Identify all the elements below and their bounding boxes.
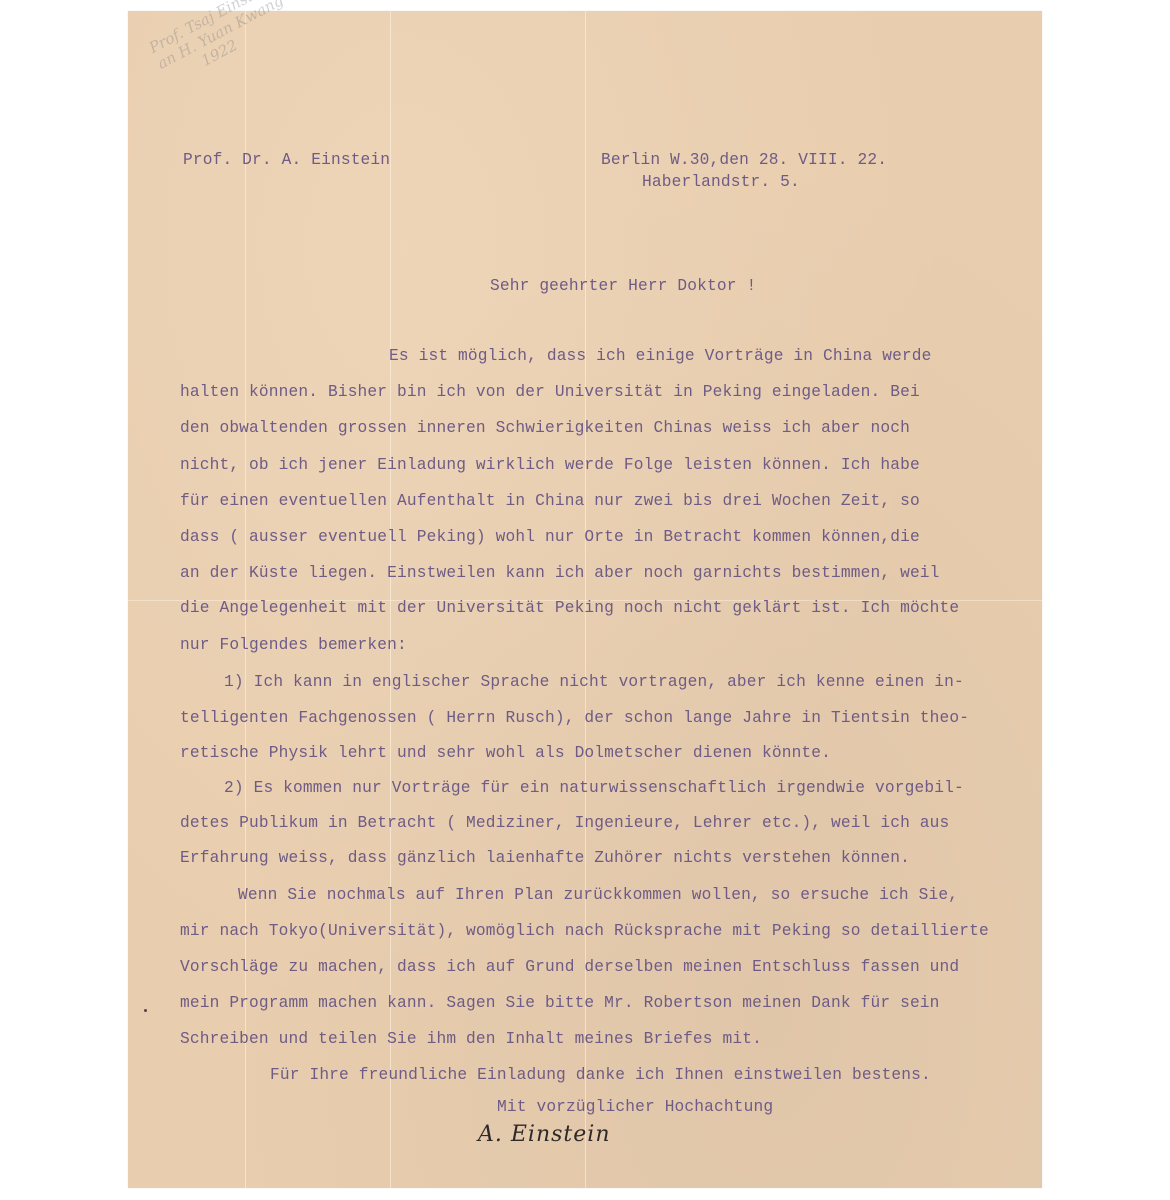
body-line: dass ( ausser eventuell Peking) wohl nur… — [180, 527, 920, 547]
pencil-annotation: Prof. Tsaj Einstein an H. Yuan Kwang 192… — [146, 0, 334, 112]
body-line: die Angelegenheit mit der Universität Pe… — [180, 598, 959, 618]
body-line: 1) Ich kann in englischer Sprache nicht … — [224, 672, 964, 692]
place-date: Berlin W.30,den 28. VIII. 22. — [601, 150, 887, 170]
body-line: halten können. Bisher bin ich von der Un… — [180, 382, 920, 402]
body-line: Erfahrung weiss, dass gänzlich laienhaft… — [180, 848, 910, 868]
body-line: Vorschläge zu machen, dass ich auf Grund… — [180, 957, 959, 977]
body-line: an der Küste liegen. Einstweilen kann ic… — [180, 563, 940, 583]
body-line: 2) Es kommen nur Vorträge für ein naturw… — [224, 778, 964, 798]
body-line: Für Ihre freundliche Einladung danke ich… — [270, 1065, 931, 1085]
body-line: Wenn Sie nochmals auf Ihren Plan zurückk… — [238, 885, 958, 905]
body-line: mir nach Tokyo(Universität), womöglich n… — [180, 921, 989, 941]
body-line: für einen eventuellen Aufenthalt in Chin… — [180, 491, 920, 511]
body-line: nur Folgendes bemerken: — [180, 635, 407, 655]
body-line: telligenten Fachgenossen ( Herrn Rusch),… — [180, 708, 969, 728]
salutation: Sehr geehrter Herr Doktor ! — [490, 276, 756, 296]
body-line: Es ist möglich, dass ich einige Vorträge… — [389, 346, 932, 366]
body-line: mein Programm machen kann. Sagen Sie bit… — [180, 993, 940, 1013]
body-line: Schreiben und teilen Sie ihm den Inhalt … — [180, 1029, 762, 1049]
body-line: nicht, ob ich jener Einladung wirklich w… — [180, 455, 920, 475]
closing: Mit vorzüglicher Hochachtung — [497, 1097, 773, 1117]
body-line: den obwaltenden grossen inneren Schwieri… — [180, 418, 910, 438]
sender-name: Prof. Dr. A. Einstein — [183, 150, 390, 170]
body-line: retische Physik lehrt und sehr wohl als … — [180, 743, 831, 763]
handwritten-signature: A. Einstein — [478, 1122, 611, 1147]
ink-mark — [144, 1009, 147, 1012]
body-line: detes Publikum in Betracht ( Mediziner, … — [180, 813, 949, 833]
sender-address: Haberlandstr. 5. — [642, 172, 800, 192]
